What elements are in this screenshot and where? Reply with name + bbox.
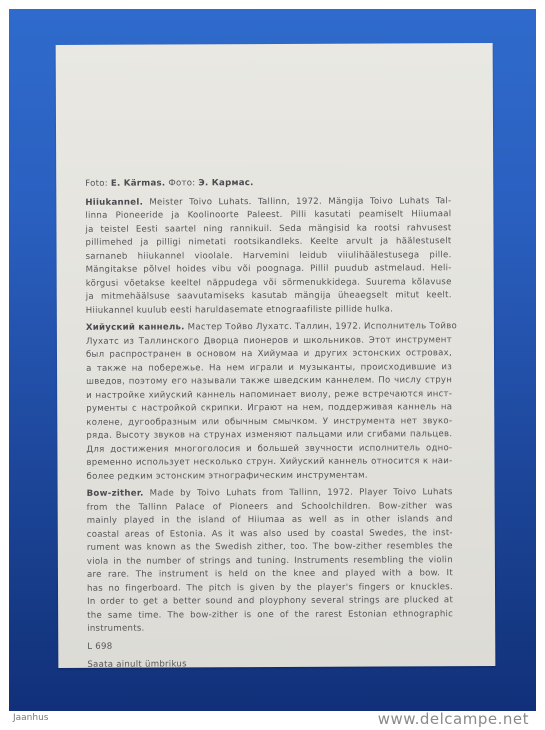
text-line: Bow-zither. Made by Toivo Luhats from Ta…	[87, 486, 453, 501]
text-line: временно использует несколько струн. Хий…	[86, 455, 452, 470]
photo-credit: Foto: E. Kärmas. Фото: Э. Кармас.	[85, 176, 451, 191]
seller-watermark: Jaanhus	[13, 713, 49, 723]
text-line: instruments.	[87, 621, 453, 636]
text-line: был распространен в основом на Хийумаа и…	[86, 347, 452, 362]
text-line: Mängitakse põlvel hoides vibu või poogna…	[86, 262, 452, 277]
text-line: In order to get a better sound and ploуp…	[87, 594, 453, 609]
russian-title: Хийуский каннель.	[86, 322, 185, 332]
text-line: Хийуский каннель. Мастер Тойво Лухатс. Т…	[86, 320, 452, 335]
text-line: are rare. The instrument is held on the …	[87, 567, 453, 582]
estonian-paragraph: Hiiukannel. Meister Toivo Luhats. Tallin…	[85, 195, 452, 318]
text-line: rument was known as the Swedish zither, …	[87, 540, 453, 555]
text-line: рументы с настройкой скрипки. Играют на …	[86, 401, 452, 416]
text-line: более редким эстонским этнографическим и…	[86, 469, 452, 484]
postcard-back: Foto: E. Kärmas. Фото: Э. Кармас. Hiiuka…	[56, 43, 496, 668]
credit-label-ru: Фото:	[168, 178, 195, 188]
english-title: Bow-zither.	[87, 489, 144, 499]
site-watermark: www.delcampe.net	[378, 710, 529, 728]
mailing-note: Saata ainult ümbrikus	[87, 657, 453, 672]
text-line: linna Pioneeride ja Koolinoorte Paleest.…	[85, 208, 451, 223]
text-line: the same time. The bow-zither is one of …	[87, 608, 453, 623]
credit-name-et: E. Kärmas	[111, 178, 162, 188]
credit-label-et: Foto:	[85, 179, 108, 189]
text-line: Hiiukannel kuulub eesti haruldasemate et…	[86, 303, 452, 318]
text-line: ja mitmehäälsuse saavutamiseks kasutab m…	[86, 289, 452, 304]
credit-name-ru: Э. Кармас.	[198, 178, 253, 188]
text-line: pillimehed ja pilligi nimetati rootsikan…	[85, 235, 451, 250]
text-line: шведов, поэтому его называли также шведс…	[86, 374, 452, 389]
estonian-title: Hiiukannel.	[85, 197, 143, 207]
text-line: ряда. Высоту звуков на струнах изменяют …	[86, 428, 452, 443]
catalog-code: L 698	[87, 639, 453, 654]
card-text: Foto: E. Kärmas. Фото: Э. Кармас. Hiiuka…	[85, 176, 453, 672]
russian-paragraph: Хийуский каннель. Мастер Тойво Лухатс. Т…	[86, 320, 453, 484]
text-line: mainly played in the island of Hiiumaa a…	[87, 513, 453, 528]
english-paragraph: Bow-zither. Made by Toivo Luhats from Ta…	[87, 486, 454, 636]
